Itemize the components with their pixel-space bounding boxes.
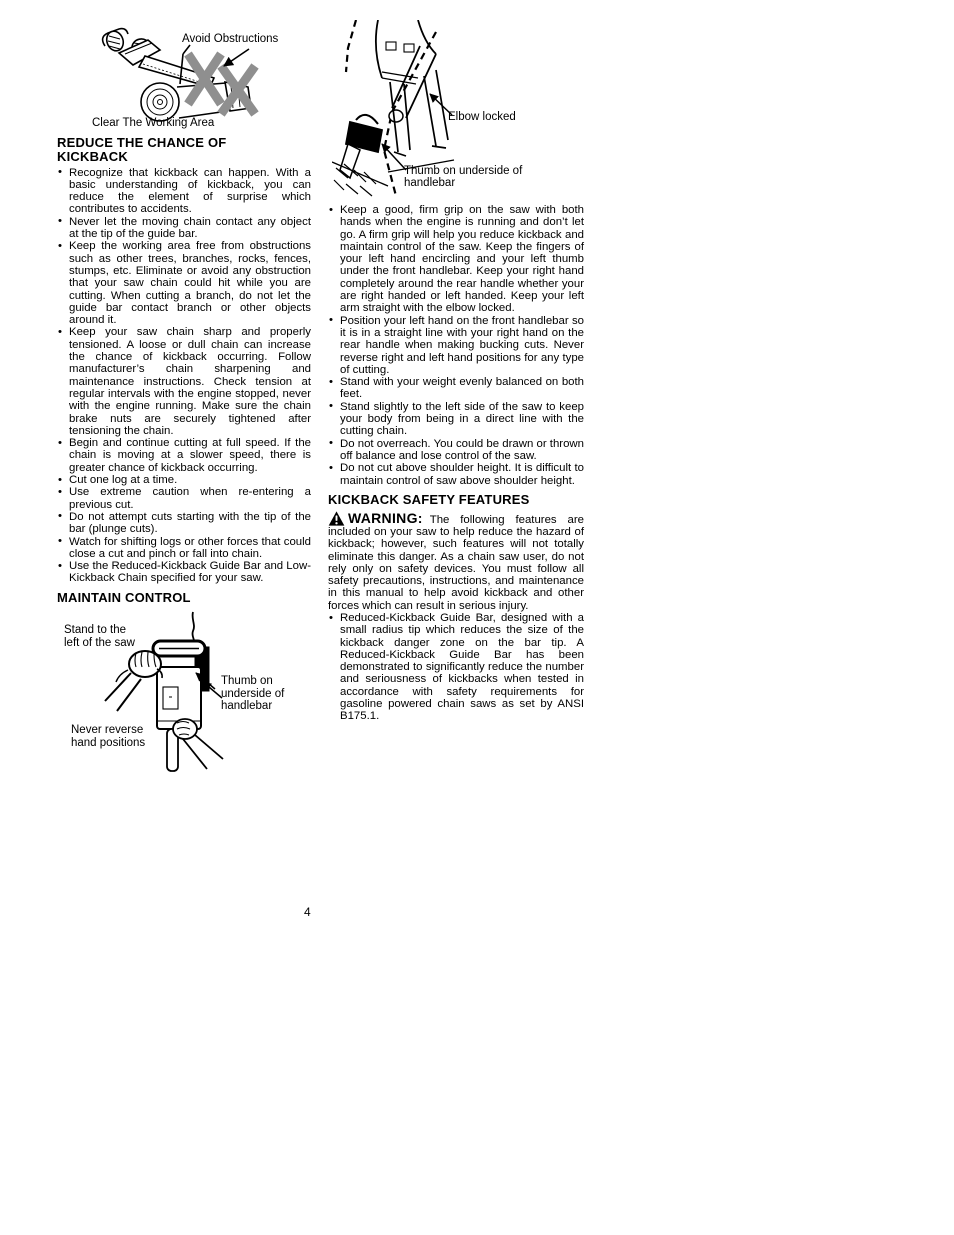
bullet-item: Begin and continue cutting at full speed…: [57, 437, 311, 474]
warning-paragraph: WARNING:The following features are inclu…: [328, 511, 584, 612]
bullet-item: Keep the working area free from obstruct…: [57, 240, 311, 326]
bullet-item: Recognize that kickback can happen. With…: [57, 167, 311, 216]
section-heading-reduce-kickback: REDUCE THE CHANCE OF KICKBACK: [57, 136, 311, 164]
bullet-text: Keep a good, firm grip on the saw with b…: [340, 204, 584, 314]
bullet-item: Do not attempt cuts starting with the ti…: [57, 511, 311, 536]
operator-stance-figure: Elbow locked Thumb on underside of handl…: [328, 20, 584, 204]
bullet-text: Do not cut above shoulder height. It is …: [340, 462, 584, 486]
bullet-text: Stand with your weight evenly balanced o…: [340, 376, 584, 400]
bullet-item: Use the Reduced-Kickback Guide Bar and L…: [57, 560, 311, 585]
bullet-text: Keep your saw chain sharp and properly t…: [69, 326, 311, 436]
figure-label-thumb-underside: Thumb on underside of handlebar: [404, 165, 522, 190]
bullet-text: Reduced-Kickback Guide Bar, designed wit…: [340, 612, 584, 722]
bullet-text: Keep the working area free from obstruct…: [69, 240, 311, 326]
manual-page: Avoid Obstructions Clear The Working Are…: [0, 0, 954, 1235]
warning-label: WARNING:: [348, 510, 423, 526]
figure-label-thumb-underside: Thumb on underside of handlebar: [221, 675, 284, 712]
bullet-text: Position your left hand on the front han…: [340, 315, 584, 376]
bullet-list-kickback-features: Reduced-Kickback Guide Bar, designed wit…: [328, 612, 584, 723]
bullet-item: Keep a good, firm grip on the saw with b…: [328, 204, 584, 315]
section-heading-kickback-safety-features: KICKBACK SAFETY FEATURES: [328, 493, 584, 507]
bullet-item: Keep your saw chain sharp and properly t…: [57, 326, 311, 437]
left-column: REDUCE THE CHANCE OF KICKBACK Recognize …: [57, 136, 311, 779]
warning-text: The following features are included on y…: [328, 514, 584, 612]
page-number: 4: [304, 905, 311, 919]
bullet-text: Begin and continue cutting at full speed…: [69, 437, 311, 474]
bullet-text: Use the Reduced-Kickback Guide Bar and L…: [69, 560, 311, 584]
bullet-text: Do not attempt cuts starting with the ti…: [69, 511, 311, 535]
bullet-text: Cut one log at a time.: [69, 474, 177, 486]
figure-caption-clear-working-area: Clear The Working Area: [92, 117, 214, 129]
figure-label-stand-left: Stand to the left of the saw: [64, 624, 135, 649]
callout-arrow-icon: [224, 49, 249, 66]
bullet-text: Use extreme caution when re-entering a p…: [69, 486, 311, 510]
bullet-item: Never let the moving chain contact any o…: [57, 216, 311, 241]
right-column: Elbow locked Thumb on underside of handl…: [328, 20, 584, 723]
bullet-item: Stand slightly to the left side of the s…: [328, 401, 584, 438]
warning-triangle-icon: [328, 511, 345, 526]
bullet-text: Do not overreach. You could be drawn or …: [340, 438, 584, 462]
bullet-item: Watch for shifting logs or other forces …: [57, 536, 311, 561]
section-heading-maintain-control: MAINTAIN CONTROL: [57, 591, 311, 605]
maintain-control-figure: Stand to the left of the saw Thumb on un…: [57, 607, 311, 779]
figure-label-never-reverse: Never reverse hand positions: [71, 724, 145, 749]
bullet-item: Use extreme caution when re-entering a p…: [57, 486, 311, 511]
bullet-list-maintain-control: Keep a good, firm grip on the saw with b…: [328, 204, 584, 487]
bullet-text: Never let the moving chain contact any o…: [69, 216, 311, 240]
bullet-item: Do not cut above shoulder height. It is …: [328, 462, 584, 487]
bullet-item: Reduced-Kickback Guide Bar, designed wit…: [328, 612, 584, 723]
bullet-list-reduce-kickback: Recognize that kickback can happen. With…: [57, 167, 311, 585]
bullet-item: Cut one log at a time.: [57, 474, 311, 486]
bullet-item: Do not overreach. You could be drawn or …: [328, 438, 584, 463]
figure-label-avoid-obstructions: Avoid Obstructions: [182, 33, 278, 45]
bullet-text: Recognize that kickback can happen. With…: [69, 167, 311, 216]
bullet-text: Stand slightly to the left side of the s…: [340, 401, 584, 438]
bullet-text: Watch for shifting logs or other forces …: [69, 536, 311, 560]
bullet-item: Stand with your weight evenly balanced o…: [328, 376, 584, 401]
figure-label-elbow-locked: Elbow locked: [448, 111, 516, 123]
bullet-item: Position your left hand on the front han…: [328, 315, 584, 376]
